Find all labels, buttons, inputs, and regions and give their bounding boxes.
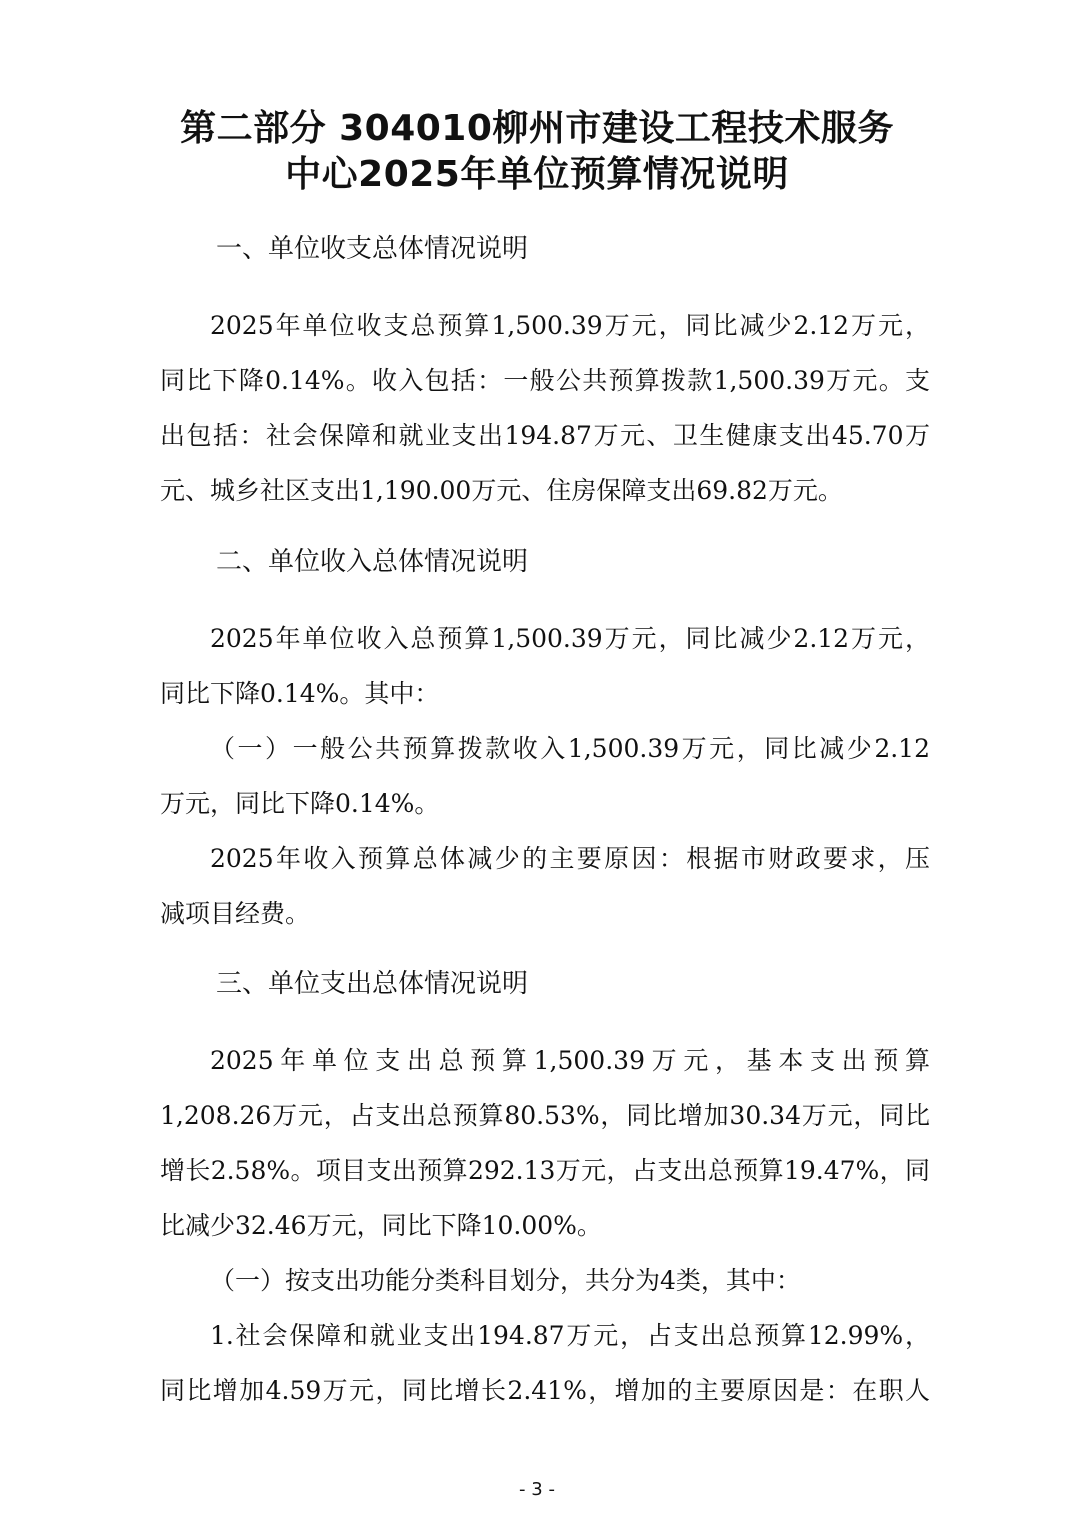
paragraph-line: 2025年单位支出总预算1,500.39万元，基本支出预算 (210, 1044, 930, 1078)
title-line-1: 第二部分 304010柳州市建设工程技术服务 (100, 106, 974, 152)
paragraph-line: 2025年收入预算总体减少的主要原因：根据市财政要求，压 (210, 842, 930, 876)
paragraph-line: 万元，同比下降0.14%。 (160, 787, 930, 821)
paragraph-line: 1.社会保障和就业支出194.87万元，占支出总预算12.99%， (210, 1319, 930, 1353)
document-page: 第二部分 304010柳州市建设工程技术服务 中心2025年单位预算情况说明 一… (0, 0, 1074, 1520)
paragraph-line: 减项目经费。 (160, 897, 930, 931)
title-line-2: 中心2025年单位预算情况说明 (100, 152, 974, 198)
paragraph-line: 同比下降0.14%。收入包括：一般公共预算拨款1,500.39万元。支 (160, 364, 930, 398)
section-heading-2: 二、单位收入总体情况说明 (216, 545, 528, 579)
paragraph-line: 同比下降0.14%。其中： (160, 677, 930, 711)
section-heading-3: 三、单位支出总体情况说明 (216, 967, 528, 1001)
paragraph-line: 同比增加4.59万元，同比增长2.41%，增加的主要原因是：在职人 (160, 1374, 930, 1408)
page-number: - 3 - (0, 1478, 1074, 1502)
paragraph-line: 1,208.26万元，占支出总预算80.53%，同比增加30.34万元，同比 (160, 1099, 930, 1133)
page-title: 第二部分 304010柳州市建设工程技术服务 中心2025年单位预算情况说明 (100, 106, 974, 198)
paragraph-line: 2025年单位收支总预算1,500.39万元，同比减少2.12万元， (210, 309, 930, 343)
paragraph-line: （一）按支出功能分类科目划分，共分为4类，其中： (210, 1264, 930, 1298)
paragraph-line: （一）一般公共预算拨款收入1,500.39万元，同比减少2.12 (210, 732, 930, 766)
paragraph-line: 2025年单位收入总预算1,500.39万元，同比减少2.12万元， (210, 622, 930, 656)
paragraph-line: 比减少32.46万元，同比下降10.00%。 (160, 1209, 930, 1243)
paragraph-line: 元、城乡社区支出1,190.00万元、住房保障支出69.82万元。 (160, 474, 930, 508)
section-heading-1: 一、单位收支总体情况说明 (216, 232, 528, 266)
paragraph-line: 出包括：社会保障和就业支出194.87万元、卫生健康支出45.70万 (160, 419, 930, 453)
paragraph-line: 增长2.58%。项目支出预算292.13万元，占支出总预算19.47%，同 (160, 1154, 930, 1188)
